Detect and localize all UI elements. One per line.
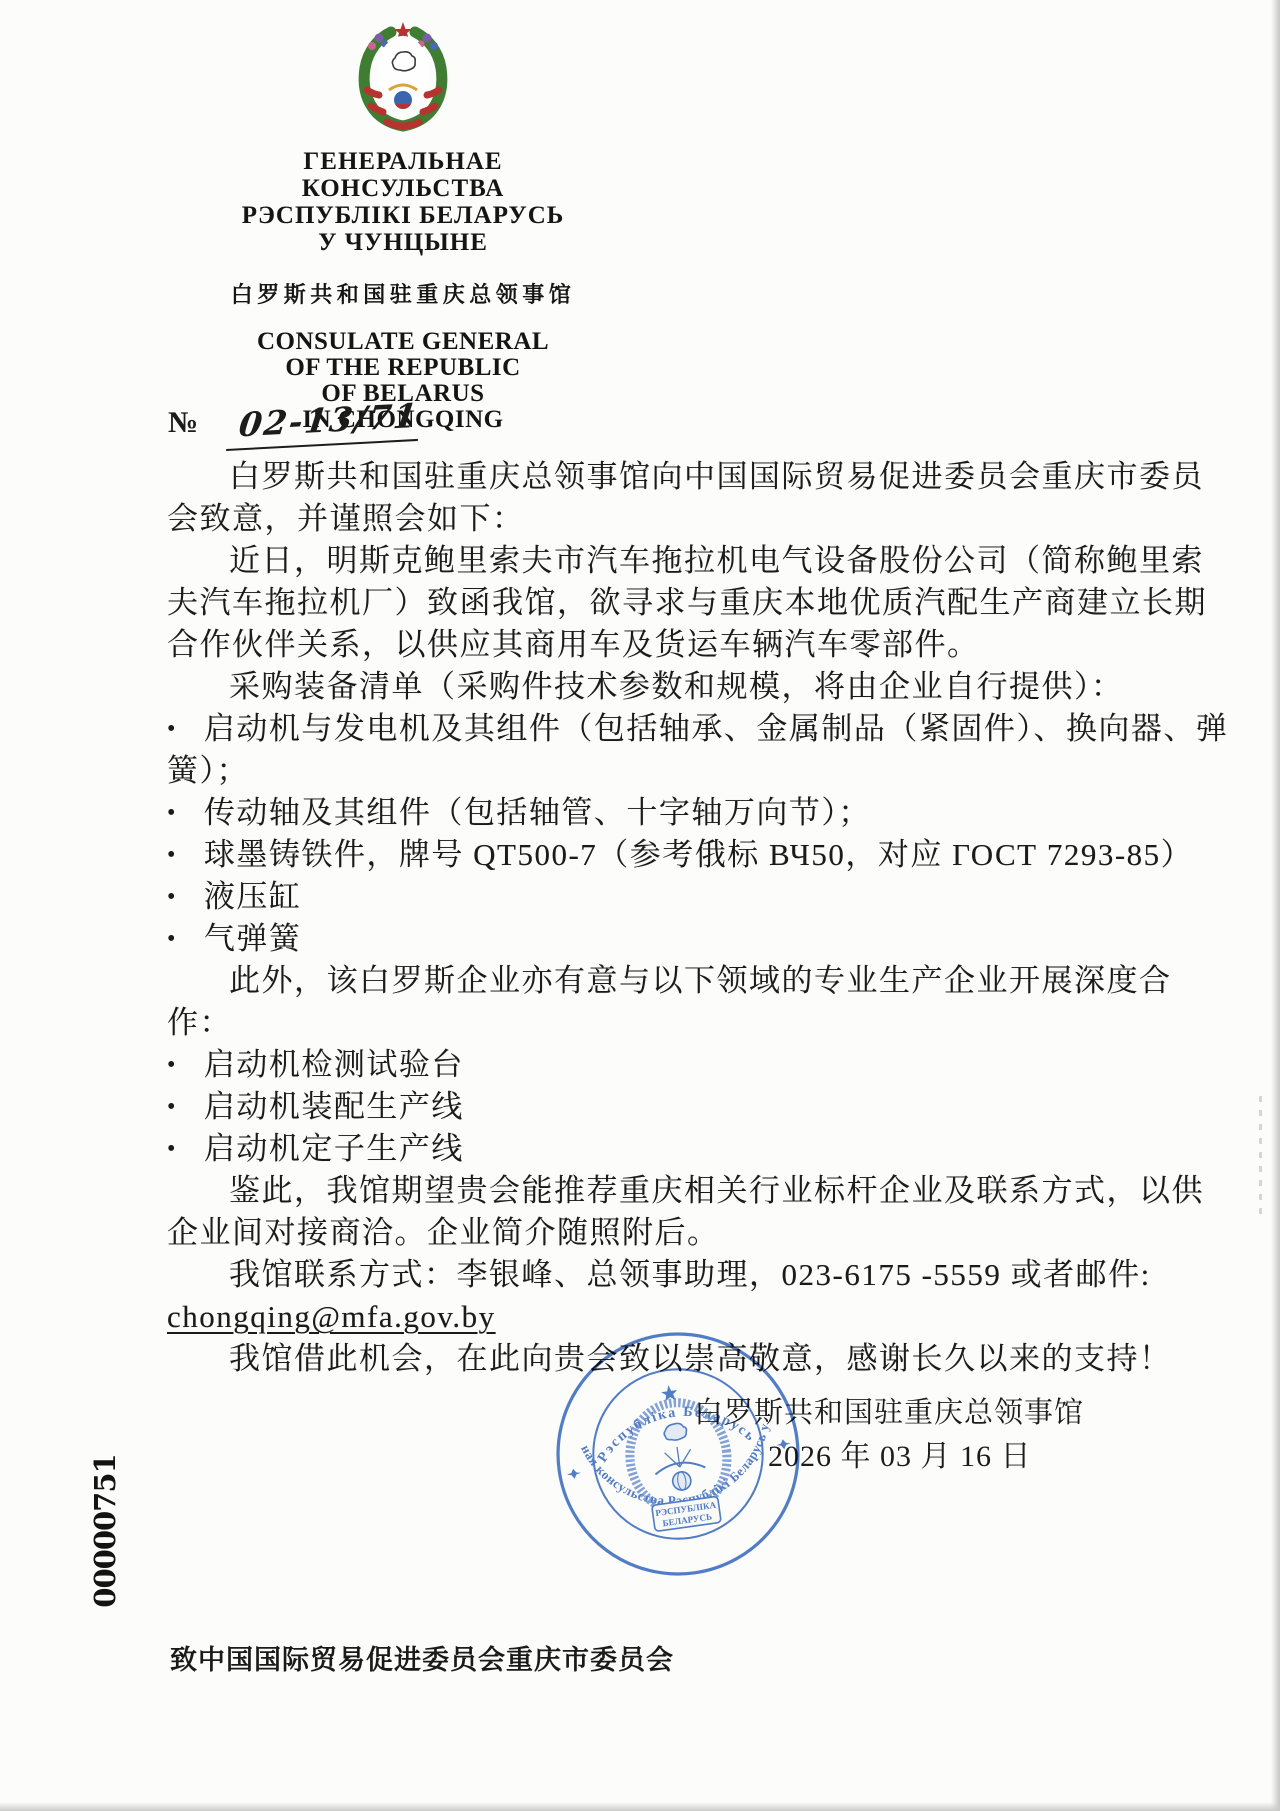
reference-number-row: № 02-13/71 [168, 406, 418, 451]
bullet-icon: • [167, 842, 204, 868]
email-address: chongqing@mfa.gov.by [167, 1299, 496, 1334]
bullet-icon: • [167, 716, 204, 742]
paragraph-salutation: 白罗斯共和国驻重庆总领事馆向中国国际贸易促进委员会重庆市委员会致意，并谨照会如下… [167, 456, 1233, 540]
numero-sign: № [168, 406, 198, 440]
paragraph-request: 鉴此，我馆期望贵会能推荐重庆相关行业标杆企业及联系方式，以供企业间对接商洽。企业… [167, 1170, 1233, 1254]
org-name-chinese: 白罗斯共和国驻重庆总领事馆 [168, 278, 638, 309]
cooperation-list-item: •启动机装配生产线 [167, 1086, 1233, 1128]
document-serial-number: 00000751 [88, 1451, 122, 1611]
procurement-list-item: •气弹簧 [167, 918, 1233, 960]
letter-body: 白罗斯共和国驻重庆总领事馆向中国国际贸易促进委员会重庆市委员会致意，并谨照会如下… [167, 456, 1233, 1380]
scanned-letter-page: ГЕНЕРАЛЬНАЕ КОНСУЛЬСТВА РЭСПУБЛІКІ БЕЛАР… [0, 0, 1280, 1811]
belarus-coat-of-arms-icon [351, 20, 455, 138]
list-item-text: 启动机检测试验台 [204, 1047, 464, 1082]
cooperation-list-item: •启动机定子生产线 [167, 1128, 1233, 1170]
paragraph-cooperation-intro: 此外，该白罗斯企业亦有意与以下领域的专业生产企业开展深度合作： [167, 960, 1233, 1044]
paragraph-contact: 我馆联系方式：李银峰、总领事助理，023-6175 -5559 或者邮件: [167, 1254, 1233, 1296]
org-by-line1: ГЕНЕРАЛЬНАЕ [168, 148, 638, 175]
org-by-line4: У ЧУНЦЫНЕ [168, 229, 638, 256]
bullet-icon: • [167, 1136, 204, 1162]
org-en-line2: OF THE REPUBLIC [168, 355, 638, 381]
org-by-line3: РЭСПУБЛІКІ БЕЛАРУСЬ [168, 202, 638, 229]
bullet-icon: • [167, 926, 204, 952]
scan-edge-bottom [0, 1802, 1280, 1811]
seal-star-separator-right [776, 1438, 791, 1450]
seal-star-separator-left [566, 1468, 581, 1480]
list-item-text: 气弹簧 [204, 921, 302, 956]
handwritten-ref-number: 02-13/71 [226, 396, 423, 451]
list-item-text: 启动机定子生产线 [204, 1131, 464, 1166]
seal-emblem-globe [672, 1471, 692, 1491]
org-en-line1: CONSULATE GENERAL [168, 329, 638, 355]
consulate-seal-stamp: Рэспубліка Беларусь Генеральная консульс… [552, 1328, 804, 1580]
recipient-line: 致中国国际贸易促进委员会重庆市委员会 [170, 1638, 674, 1677]
list-item-text: 液压缸 [204, 879, 302, 914]
bullet-icon: • [167, 1052, 204, 1078]
list-item-text: 传动轴及其组件（包括轴管、十字轴万向节）； [204, 795, 871, 830]
bullet-icon: • [167, 884, 204, 910]
procurement-list-item: •传动轴及其组件（包括轴管、十字轴万向节）； [167, 792, 1233, 834]
bullet-icon: • [167, 800, 204, 826]
procurement-list-item: •液压缸 [167, 876, 1233, 918]
signature-date: 2026 年 03 月 16 日 [768, 1431, 1032, 1475]
procurement-list-item: •启动机与发电机及其组件（包括轴承、金属制品（紧固件）、换向器、弹簧）； [167, 708, 1233, 792]
cooperation-list-item: •启动机检测试验台 [167, 1044, 1233, 1086]
list-item-text: 启动机与发电机及其组件（包括轴承、金属制品（紧固件）、换向器、弹簧）； [167, 711, 1228, 788]
org-name-belarusian: ГЕНЕРАЛЬНАЕ КОНСУЛЬСТВА РЭСПУБЛІКІ БЕЛАР… [168, 148, 638, 256]
org-by-line2: КОНСУЛЬСТВА [168, 175, 638, 202]
procurement-list-item: •球墨铸铁件，牌号 QT500-7（参考俄标 ВЧ50，对应 ГОСТ 7293… [167, 834, 1233, 876]
paragraph-introduction: 近日，明斯克鲍里索夫市汽车拖拉机电气设备股份公司（简称鲍里索夫汽车拖拉机厂）致函… [167, 540, 1233, 666]
list-item-text: 球墨铸铁件，牌号 QT500-7（参考俄标 ВЧ50，对应 ГОСТ 7293-… [204, 837, 1193, 872]
list-item-text: 启动机装配生产线 [204, 1089, 464, 1124]
bullet-icon: • [167, 1094, 204, 1120]
paragraph-procurement-intro: 采购装备清单（采购件技术参数和规模，将由企业自行提供）： [167, 666, 1233, 708]
scan-edge-right [1271, 0, 1280, 1811]
letterhead: ГЕНЕРАЛЬНАЕ КОНСУЛЬСТВА РЭСПУБЛІКІ БЕЛАР… [168, 20, 638, 433]
scan-artifact-ticks [1259, 1096, 1262, 1216]
seal-group: Рэспубліка Беларусь Генеральная консульс… [552, 1328, 804, 1580]
seal-emblem-map [663, 1422, 688, 1441]
emblem-globe-base [395, 104, 411, 109]
seal-center-emblem: РЭСПУБЛІКА БЕЛАРУСЬ [620, 1378, 736, 1533]
